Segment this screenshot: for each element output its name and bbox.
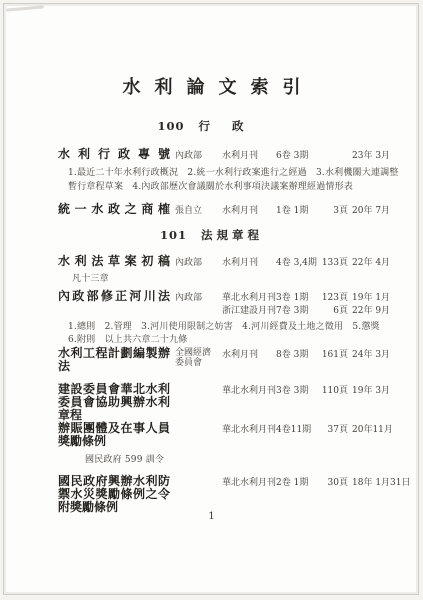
entry-title: 內政部修正河川法 <box>58 290 170 303</box>
entry-volume-issue: 8卷 3期 <box>276 350 308 360</box>
entry-date: 19年 3月 <box>352 386 390 396</box>
entry-date: 20年 7月 <box>352 206 390 216</box>
entry-volume-issue: 1卷 1期 <box>276 206 308 216</box>
entry-title: 水利行政專號 <box>58 148 170 161</box>
entry-pages: 123頁 <box>318 293 348 303</box>
entry-author: 張自立 <box>175 206 202 216</box>
entry-date: 24年 3月 <box>352 350 390 360</box>
entry-volume-issue: 4卷 3,4期 <box>276 258 317 268</box>
entry-journal: 水利月刊 <box>222 258 258 268</box>
entry-title: 水利工程計劃編製辦法 <box>58 347 170 373</box>
entry-date: 23年 3月 <box>352 151 390 161</box>
entry-author: 內政部 <box>175 293 202 303</box>
entry-journal: 華北水利月刊 <box>222 293 276 303</box>
entry-volume-issue: 4卷11期 <box>276 425 311 435</box>
entry-note-line: 1.最近二十年水利行政概況 2.統一水利行政案進行之經過 3.水利機關大連調整 <box>68 165 399 178</box>
entry-author: 內政部 <box>175 258 202 268</box>
entry-pages: 30頁 <box>318 478 348 488</box>
section-heading-101: 101 法規章程 <box>0 227 423 243</box>
entry-date-2: 22年 9月 <box>352 306 390 316</box>
entry-journal-2: 浙江建設月刊 <box>222 306 276 316</box>
entry-pages: 161頁 <box>318 350 348 360</box>
entry-title: 辦賑團體及在事人員獎勵條例 <box>58 422 170 448</box>
entry-note-line: 6.附則 以上共六章二十九條 <box>68 332 187 345</box>
entry-author: 內政部 <box>175 151 202 161</box>
entry-pages: 37頁 <box>318 425 348 435</box>
section-heading-100: 100 行政 <box>0 118 423 134</box>
entry-note-line: 1.總則 2.管理 3.河川使用限制之妨害 4.河川經費及土地之徵用 5.懲獎 <box>68 319 380 332</box>
entry-note-line: 凡十三章 <box>72 271 109 284</box>
entry-date: 18年 1月31日 <box>352 478 411 488</box>
entry-pages: 133頁 <box>318 258 348 268</box>
entry-author: 全國經濟委員會 <box>175 349 217 368</box>
entry-date: 20年11月 <box>352 425 393 435</box>
document-title: 水利論文索引 <box>0 73 423 99</box>
section-number: 100 <box>157 119 184 133</box>
entry-note-line: 國民政府 599 訓令 <box>85 452 164 465</box>
entry-title: 建設委員會華北水利委員會協助興辦水利章程 <box>58 383 170 422</box>
section-number: 101 <box>160 228 187 242</box>
entry-journal: 華北水利月刊 <box>222 386 276 396</box>
page-number: 1 <box>0 511 423 522</box>
section-label: 行政 <box>199 118 266 134</box>
entry-note-line: 暫行章程草案 4.內政部歷次會議關於水利事項決議案辦理經過情形表 <box>68 179 353 192</box>
entry-pages: 110頁 <box>318 386 348 396</box>
scanned-document-page: { "page": { "title": "水利論文索引", "page_num… <box>0 0 423 600</box>
entry-pages: 3頁 <box>318 206 348 216</box>
entry-volume-issue: 6卷 3期 <box>276 151 308 161</box>
entry-journal: 華北水利月刊 <box>222 425 276 435</box>
entry-date: 22年 4月 <box>352 258 390 268</box>
entry-title: 統一水政之商榷 <box>58 203 170 216</box>
entry-pages-2: 6頁 <box>318 306 348 316</box>
entry-journal: 水利月刊 <box>222 350 258 360</box>
entry-volume-issue: 3卷 3期 <box>276 386 308 396</box>
entry-volume-issue: 2卷 1期 <box>276 478 308 488</box>
entry-volume-issue: 3卷 1期 <box>276 293 308 303</box>
entry-date: 19年 1月 <box>352 293 390 303</box>
entry-journal: 華北水利月刊 <box>222 478 276 488</box>
section-label: 法規章程 <box>201 227 263 243</box>
entry-volume-issue-2: 7卷 3期 <box>276 306 308 316</box>
entry-journal: 水利月刊 <box>222 206 258 216</box>
entry-title: 國民政府興辦水利防禦水災獎勵條例之令附獎勵條例 <box>58 475 170 514</box>
entry-title: 水利法草案初稿 <box>58 255 170 268</box>
entry-journal: 水利月刊 <box>222 151 258 161</box>
